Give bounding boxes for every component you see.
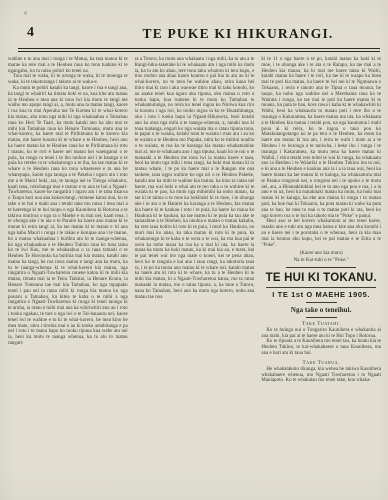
page-number: 4 bbox=[27, 25, 34, 41]
byline: Na te Kai-tuhi o te "Puke." bbox=[261, 258, 381, 264]
column-3: ki te 11 o nga haere o te po, katahi mat… bbox=[261, 57, 381, 384]
column-2: ra a Totoru, ka mutu ana whakaatu i nga … bbox=[135, 57, 255, 300]
section-1-flow: Ko te huinga nui o Tongariro Kaunihera e… bbox=[261, 328, 381, 357]
masthead: 4 TE PUKE KI HIKURANGI. bbox=[0, 0, 388, 48]
paragraph: ki te 11 o nga haere o te po, katahi mat… bbox=[261, 57, 381, 219]
paragraph: Ko te ripoata a te Kaunihera mo tenei ta… bbox=[261, 339, 381, 356]
section-heading: Take Tuarua. bbox=[261, 360, 381, 366]
paragraph: Ka mutu te pohiri katahi ka tangi, kaore… bbox=[8, 86, 128, 347]
section-heading: Take Tuatahi. bbox=[261, 321, 381, 327]
column-1: wahine e tu ana mai i runga i te Matua, … bbox=[8, 57, 128, 347]
article-title: TE HUI KI TOKANU. bbox=[261, 272, 381, 284]
newspaper-page: 4 TE PUKE KI HIKURANGI. wahine e tu ana … bbox=[0, 0, 388, 500]
title-rule bbox=[266, 287, 376, 288]
article-subtitle: Nga take o teneihui. bbox=[261, 306, 381, 314]
header-rule bbox=[18, 48, 380, 52]
section-2-flow: He whakatakoto tikanga, kia wehea he tak… bbox=[261, 367, 381, 384]
paragraph: He whakatakoto tikanga, kia wehea he tak… bbox=[261, 367, 381, 384]
paragraph: Toia mai te waka, ki te urunga te waka, … bbox=[8, 74, 128, 86]
continuation-note: (Kaore ano kia mutu) bbox=[261, 251, 381, 257]
article-divider bbox=[286, 267, 355, 268]
article-section-1: Take Tuatahi. Ko te huinga nui o Tongari… bbox=[261, 321, 381, 357]
article-dateline: I TE 1st O MAEHE 1905. bbox=[261, 291, 381, 299]
page-title: TE PUKE KI HIKURANGI. bbox=[140, 26, 336, 42]
dateline-rule bbox=[306, 302, 337, 303]
paragraph: Heoi ano ra hei korero whakamutu ai mo t… bbox=[261, 219, 381, 248]
paragraph: wahine e tu ana mai i runga i te Matua, … bbox=[8, 57, 128, 74]
subtitle-rule bbox=[306, 317, 337, 318]
paragraph: ra a Totoru, ka mutu ana whakaatu i nga … bbox=[135, 57, 255, 300]
text-columns: wahine e tu ana mai i runga i te Matua, … bbox=[8, 57, 381, 472]
article-section-2: Take Tuarua. He whakatakoto tikanga, kia… bbox=[261, 360, 381, 384]
column-3-flow: ki te 11 o nga haere o te po, katahi mat… bbox=[261, 57, 381, 248]
paragraph: Ko te huinga nui o Tongariro Kaunihera e… bbox=[261, 328, 381, 340]
